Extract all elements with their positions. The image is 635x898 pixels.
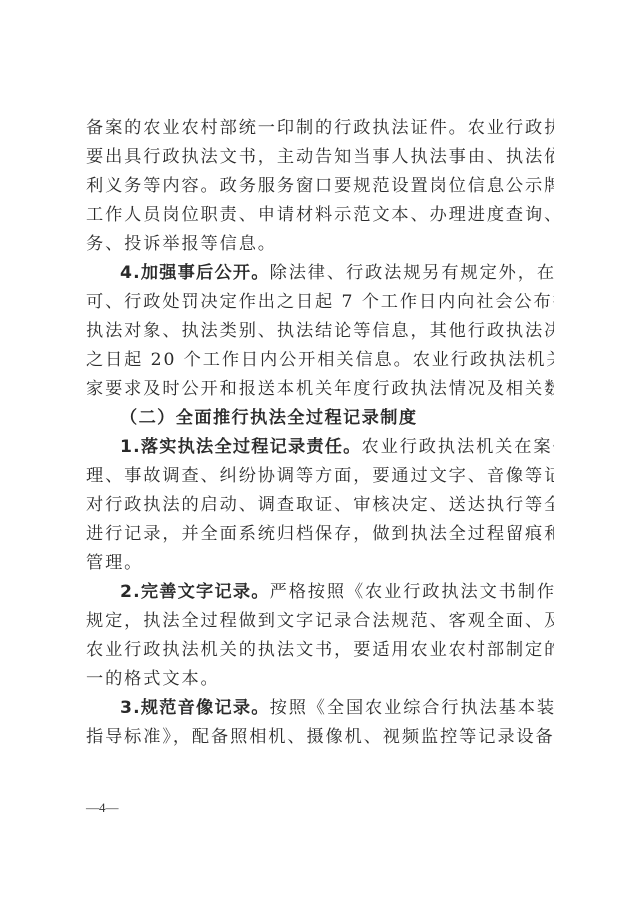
text-line: 一的格式文本。 xyxy=(86,665,554,694)
section-heading: （二）全面推行执法全过程记录制度 xyxy=(86,404,554,433)
paragraph-title: 3.规范音像记录。 xyxy=(120,698,270,718)
paragraph-title: 1.落实执法全过程记录责任。 xyxy=(120,437,362,457)
text-span: 按照《全国农业综合行执法基本装备配备 xyxy=(270,698,554,718)
text-line: 执法对象、执法类别、执法结论等信息，其他行政执法决定作出 xyxy=(86,317,554,346)
text-span: 严格按照《农业行政执法文书制作规范》 xyxy=(270,582,554,602)
text-line: 要出具行政执法文书，主动告知当事人执法事由、执法依据、权 xyxy=(86,143,554,172)
text-line: 工作人员岗位职责、申请材料示范文本、办理进度查询、咨询服 xyxy=(86,201,554,230)
text-line: 管理。 xyxy=(86,549,554,578)
text-line: 家要求及时公开和报送本机关年度行政执法情况及相关数据。 xyxy=(86,375,554,404)
page-number: —4— xyxy=(86,800,119,816)
text-line: 务、投诉举报等信息。 xyxy=(86,230,554,259)
text-line: 利义务等内容。政务服务窗口要规范设置岗位信息公示牌，明示 xyxy=(86,172,554,201)
paragraph-title: 2.完善文字记录。 xyxy=(120,582,270,602)
text-span: 农业行政执法机关在案件办 xyxy=(362,437,554,457)
text-span: 除法律、行政法规另有规定外，在行政许 xyxy=(270,263,554,283)
text-line: 指导标准》，配备照相机、摄像机、视频监控等记录设备和相关 xyxy=(86,723,554,752)
paragraph-title: 4.加强事后公开。 xyxy=(120,263,270,283)
text-line: 可、行政处罚决定作出之日起 7 个工作日内向社会公布执法机关、 xyxy=(86,288,554,317)
paragraph-first-line: 3.规范音像记录。按照《全国农业综合行执法基本装备配备 xyxy=(86,694,554,723)
text-line: 对行政执法的启动、调查取证、审核决定、送达执行等全部过程 xyxy=(86,491,554,520)
document-page: 备案的农业农村部统一印制的行政执法证件。农业行政执法人员 要出具行政执法文书，主… xyxy=(86,114,554,752)
paragraph-first-line: 1.落实执法全过程记录责任。农业行政执法机关在案件办 xyxy=(86,433,554,462)
text-line: 备案的农业农村部统一印制的行政执法证件。农业行政执法人员 xyxy=(86,114,554,143)
paragraph-first-line: 4.加强事后公开。除法律、行政法规另有规定外，在行政许 xyxy=(86,259,554,288)
paragraph-first-line: 2.完善文字记录。严格按照《农业行政执法文书制作规范》 xyxy=(86,578,554,607)
text-line: 之日起 20 个工作日内公开相关信息。农业行政执法机关要按国 xyxy=(86,346,554,375)
text-line: 规定，执法全过程做到文字记录合法规范、客观全面、及时准确。 xyxy=(86,607,554,636)
text-line: 农业行政执法机关的执法文书，要适用农业农村部制定的全国统 xyxy=(86,636,554,665)
text-line: 进行记录，并全面系统归档保存，做到执法全过程留痕和可回溯 xyxy=(86,520,554,549)
text-line: 理、事故调查、纠纷协调等方面，要通过文字、音像等记录形式， xyxy=(86,462,554,491)
